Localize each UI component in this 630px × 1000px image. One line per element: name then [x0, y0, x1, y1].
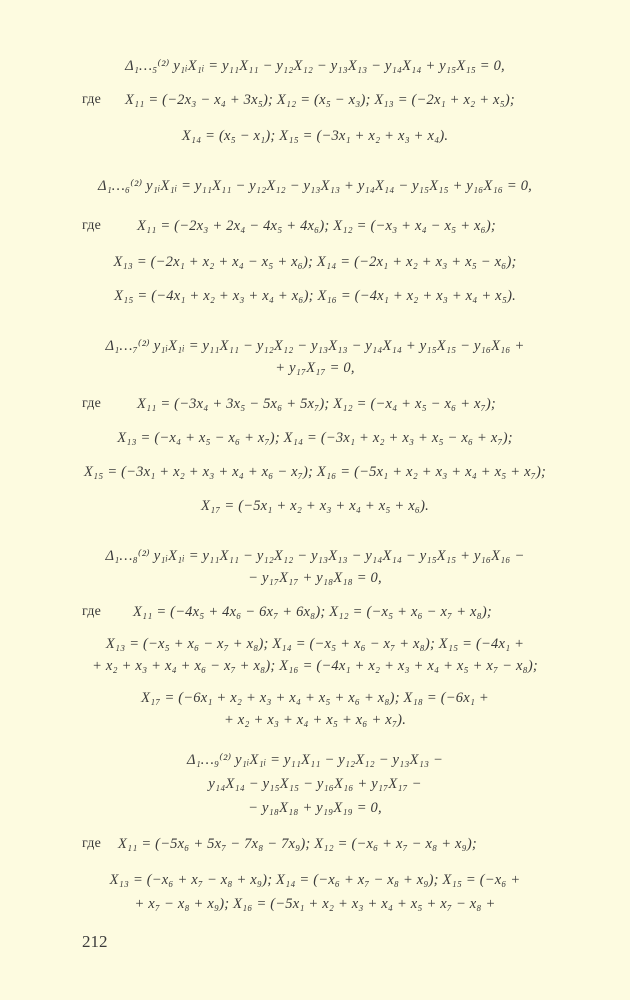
- definitions-n9-line2: X₁₃ = (−x₆ + x₇ − x₈ + x₉); X₁₄ = (−x₆ +…: [0, 872, 630, 889]
- definitions-n6-line3: X₁₅ = (−4x₁ + x₂ + x₃ + x₄ + x₆); X₁₆ = …: [0, 288, 630, 305]
- definitions-n5-line2: X₁₄ = (x₅ − x₁); X₁₅ = (−3x₁ + x₂ + x₃ +…: [0, 128, 630, 145]
- definitions-n8-line5: + x₂ + x₃ + x₄ + x₅ + x₆ + x₇).: [0, 712, 630, 729]
- definitions-n6-line2: X₁₃ = (−2x₁ + x₂ + x₄ − x₅ + x₆); X₁₄ = …: [0, 254, 630, 271]
- equation-n7-line1: Δ₁…₇⁽²⁾ y₁ᵢX₁ᵢ = y₁₁X₁₁ − y₁₂X₁₂ − y₁₃X₁…: [0, 338, 630, 355]
- definitions-n7-line2: X₁₃ = (−x₄ + x₅ − x₆ + x₇); X₁₄ = (−3x₁ …: [0, 430, 630, 447]
- definitions-n8-line3: + x₂ + x₃ + x₄ + x₆ − x₇ + x₈); X₁₆ = (−…: [0, 658, 630, 675]
- equation-n9-line1: Δ₁…₉⁽²⁾ y₁ᵢX₁ᵢ = y₁₁X₁₁ − y₁₂X₁₂ − y₁₃X₁…: [0, 752, 630, 769]
- equation-n9-line3: − y₁₈X₁₈ + y₁₉X₁₉ = 0,: [0, 800, 630, 817]
- definitions-n8-line4: X₁₇ = (−6x₁ + x₂ + x₃ + x₄ + x₅ + x₆ + x…: [0, 690, 630, 707]
- equation-n6: Δ₁…₆⁽²⁾ y₁ᵢX₁ᵢ = y₁₁X₁₁ − y₁₂X₁₂ − y₁₃X₁…: [0, 178, 630, 195]
- page-number: 212: [82, 932, 108, 952]
- equation-n8-line1: Δ₁…₈⁽²⁾ y₁ᵢX₁ᵢ = y₁₁X₁₁ − y₁₂X₁₂ − y₁₃X₁…: [0, 548, 630, 565]
- gde-label: где: [82, 218, 101, 234]
- definitions-n9-line3: + x₇ − x₈ + x₉); X₁₆ = (−5x₁ + x₂ + x₃ +…: [0, 896, 630, 913]
- gde-label: где: [82, 836, 101, 852]
- definitions-n8-line2: X₁₃ = (−x₅ + x₆ − x₇ + x₈); X₁₄ = (−x₅ +…: [0, 636, 630, 653]
- gde-label: где: [82, 92, 101, 108]
- definitions-n7-line3: X₁₅ = (−3x₁ + x₂ + x₃ + x₄ + x₆ − x₇); X…: [0, 464, 630, 481]
- definitions-n7-line4: X₁₇ = (−5x₁ + x₂ + x₃ + x₄ + x₅ + x₆).: [0, 498, 630, 515]
- gde-label: где: [82, 604, 101, 620]
- gde-label: где: [82, 396, 101, 412]
- equation-n7-line2: + y₁₇X₁₇ = 0,: [0, 360, 630, 377]
- equation-n8-line2: − y₁₇X₁₇ + y₁₈X₁₈ = 0,: [0, 570, 630, 587]
- equation-n9-line2: y₁₄X₁₄ − y₁₅X₁₅ − y₁₆X₁₆ + y₁₇X₁₇ −: [0, 776, 630, 793]
- equation-n5: Δ₁…₅⁽²⁾ y₁ᵢX₁ᵢ = y₁₁X₁₁ − y₁₂X₁₂ − y₁₃X₁…: [0, 58, 630, 75]
